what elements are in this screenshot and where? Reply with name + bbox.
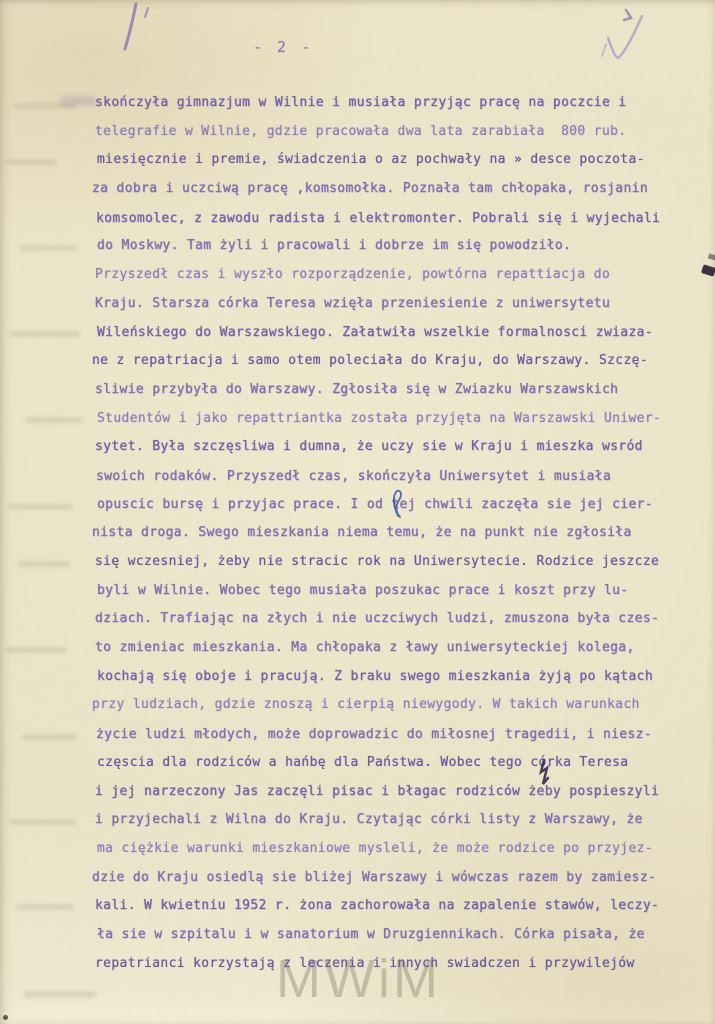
typewritten-line: miesięcznie i premie, świadczenia o az p… (97, 146, 672, 175)
typewritten-line: swoich rodaków. Przyszedł czas, skończył… (96, 463, 671, 492)
typewritten-line: ła sie w szpitalu i w sanatorium w Druzg… (97, 921, 672, 950)
typewritten-line: repatrianci korzystają z leczenia i inny… (95, 950, 670, 979)
typewritten-line: sliwie przybyła do Warszawy. Zgłosiła si… (95, 376, 670, 405)
typewritten-line: życie ludzi młodych, może doprowadzic do… (96, 721, 671, 750)
typewritten-line: kali. W kwietniu 1952 r. żona zachorował… (95, 892, 670, 921)
typewritten-line: częscia dla rodziców a hańbę dla Państwa… (97, 749, 672, 778)
typewritten-line: za dobra i uczciwą pracę ,komsomołka. Po… (92, 175, 667, 204)
typewritten-line: ma ciężkie warunki mieszkaniowe mysleli,… (97, 835, 672, 864)
page-number: - 2 - (253, 38, 313, 56)
typewritten-line: Wileńskiego do Warszawskiego. Załatwiła … (97, 319, 672, 348)
typewritten-line: skończyła gimnazjum w Wilnie i musiała p… (95, 89, 670, 118)
typewritten-line: dziach. Trafiając na złych i nie uczciwy… (95, 605, 670, 634)
corner-speck (3, 1015, 8, 1020)
typewritten-line: dzie do Kraju osiedlą sie bliżej Warszaw… (92, 864, 667, 893)
typewritten-line: i jej narzeczony Jas zaczęli pisac i bła… (95, 778, 670, 807)
typewritten-line: Kraju. Starsza córka Teresa wzięła przen… (95, 290, 670, 319)
typewritten-line: kochają się oboje i pracują. Z braku swe… (97, 663, 672, 692)
typewritten-line: opuscic bursę i przyjac prace. I od tej … (97, 491, 672, 520)
typewritten-line: telegrafie w Wilnie, gdzie pracowała dwa… (95, 118, 670, 147)
typewritten-line: się wczesniej, żeby nie stracic rok na U… (95, 548, 670, 577)
typewritten-line: sytet. Była szczęsliwa i dumna, że uczy … (95, 433, 670, 462)
typewritten-line: ne z repatriacja i samo otem poleciała d… (92, 347, 667, 376)
typewritten-line: byli w Wilnie. Wobec tego musiała poszuk… (97, 577, 672, 606)
typewritten-line: komsomolec, z zawodu radista i elektromo… (96, 205, 671, 234)
typewritten-line: Studentów i jako repattriantka została p… (97, 405, 672, 434)
typewritten-line: nista droga. Swego mieszkania niema temu… (92, 519, 667, 548)
typewritten-line: to zmieniac mieszkania. Ma chłopaka z ła… (95, 634, 670, 663)
typewritten-line: do Moskwy. Tam żyli i pracowali i dobrze… (97, 232, 672, 261)
typewritten-line: Przyszedł czas i wyszło rozporządzenie, … (95, 261, 670, 290)
typewritten-text-block: skończyła gimnazjum w Wilnie i musiała p… (95, 89, 670, 978)
typewritten-line: przy ludziach, gdzie znoszą i cierpią ni… (92, 691, 667, 720)
typewritten-line: i przyjechali z Wilna do Kraju. Czytając… (95, 806, 670, 835)
